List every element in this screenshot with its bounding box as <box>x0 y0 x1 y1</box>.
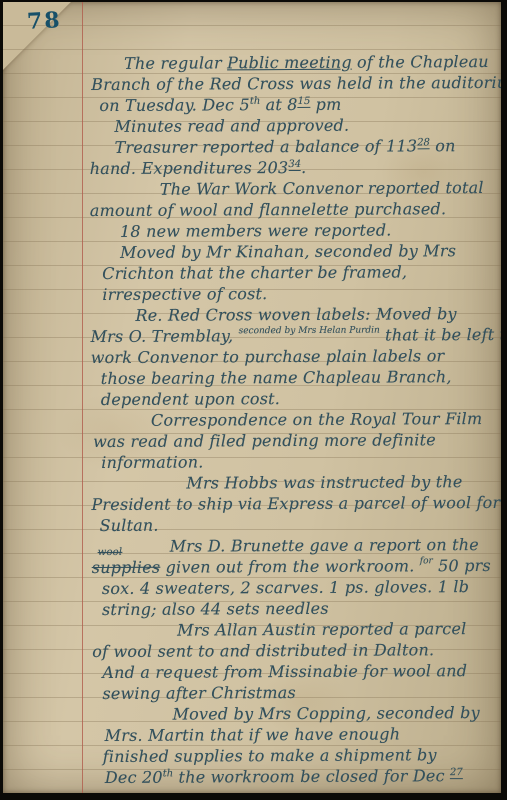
text-segment: Dec 20 <box>105 768 163 787</box>
text-segment: Correspondence on the Royal Tour Film <box>151 409 482 430</box>
text-segment: Moved by Mr Kinahan, seconded by Mrs <box>120 241 456 262</box>
text-segment: dependent upon cost. <box>101 389 280 409</box>
text-segment: 15 <box>298 96 311 108</box>
minutes-line: sewing after Christmas <box>92 681 496 704</box>
minutes-line: Branch of the Red Cross was held in the … <box>89 72 493 95</box>
minutes-line: hand. Expenditures 20334. <box>90 156 494 179</box>
text-segment: that it be left to the War <box>380 324 501 344</box>
text-segment: Public meeting <box>227 53 352 73</box>
minutes-line: work Convenor to purchase plain labels o… <box>91 345 495 368</box>
text-segment: hand. Expenditures 203 <box>90 158 289 178</box>
minutes-line: Re. Red Cross woven labels: Moved by <box>90 303 494 326</box>
text-segment: Mrs D. Brunette gave a report on the <box>170 535 479 556</box>
scanned-ledger-page: 78 The regular Public meeting of the Cha… <box>0 0 507 800</box>
text-segment: sox. 4 sweaters, 2 scarves. 1 ps. gloves… <box>102 577 469 598</box>
minutes-line: The regular Public meeting of the Chaple… <box>89 51 493 74</box>
minutes-line: Mrs O. Tremblay, seconded by Mrs Helan P… <box>91 324 495 347</box>
minutes-line: information. <box>91 450 495 473</box>
minutes-line: Minutes read and approved. <box>89 114 493 137</box>
text-segment: Mrs O. Tremblay, <box>91 326 239 346</box>
minutes-line: Mrs Allan Austin reported a parcel <box>92 618 496 641</box>
minutes-line: amount of wool and flannelette purchased… <box>90 198 494 221</box>
minutes-line: 18 new members were reported. <box>90 219 494 242</box>
text-segment: th <box>250 96 261 107</box>
minutes-line: Moved by Mr Kinahan, seconded by Mrs <box>90 240 494 263</box>
text-segment: Mrs Hobbs was instructed by the <box>186 472 462 492</box>
text-segment: Moved by Mrs Copping, seconded by <box>172 703 479 724</box>
text-segment: on Tuesday. Dec 5 <box>99 95 250 115</box>
ledger-paper: 78 The regular Public meeting of the Cha… <box>3 2 501 793</box>
minutes-line: Crichton that the charter be framed, <box>90 261 494 284</box>
minutes-line: those bearing the name Chapleau Branch, <box>91 366 495 389</box>
minutes-line: Sultan. <box>91 513 495 536</box>
text-segment: The regular <box>124 53 227 73</box>
minutes-line: Mrs D. Brunette gave a report on the <box>92 534 496 557</box>
text-segment: . <box>301 158 306 177</box>
text-segment: Minutes read and approved. <box>114 116 349 136</box>
text-segment: given out from the workroom. <box>160 556 420 576</box>
text-segment: President to ship via Express a parcel o… <box>91 493 500 514</box>
text-segment: The War Work Convenor reported total <box>160 178 484 199</box>
text-segment: Mrs Allan Austin reported a parcel <box>177 619 466 640</box>
text-segment: 28 <box>417 137 430 149</box>
minutes-line: woolsupplies given out from the workroom… <box>92 555 496 578</box>
minutes-line: And a request from Missinabie for wool a… <box>92 660 496 683</box>
page-number: 78 <box>26 7 62 35</box>
text-segment: on <box>430 136 456 155</box>
text-segment: the workroom be closed for Dec <box>173 766 450 786</box>
handwritten-minutes: The regular Public meeting of the Chaple… <box>89 51 497 788</box>
struck-word: supplies <box>92 558 161 577</box>
text-segment: Branch of the Red Cross was held in the … <box>91 73 501 94</box>
text-segment: irrespective of cost. <box>102 284 267 304</box>
text-segment: finished supplies to make a shipment by <box>103 745 437 766</box>
text-segment: 50 prs <box>433 556 491 575</box>
text-segment: Sultan. <box>100 516 159 535</box>
text-segment: 34 <box>288 159 301 171</box>
text-segment: Treasurer reported a balance of 113 <box>115 136 418 157</box>
minutes-line: Dec 20th the workroom be closed for Dec … <box>93 765 497 788</box>
text-segment: And a request from Missinabie for wool a… <box>102 661 467 682</box>
text-segment: of the Chapleau <box>352 52 489 72</box>
text-segment: 27 <box>450 767 463 779</box>
text-segment: string; also 44 sets needles <box>102 599 329 619</box>
minutes-line: Mrs. Martin that if we have enough <box>93 723 497 746</box>
minutes-line: string; also 44 sets needles <box>92 597 496 620</box>
minutes-line: Treasurer reported a balance of 11328 on <box>90 135 494 158</box>
minutes-line: sox. 4 sweaters, 2 scarves. 1 ps. gloves… <box>92 576 496 599</box>
text-segment: sewing after Christmas <box>102 683 296 703</box>
text-segment: those bearing the name Chapleau Branch, <box>101 367 452 388</box>
text-segment: work Convenor to purchase plain labels o… <box>91 346 445 367</box>
text-segment: seconded by Mrs Helan Purdin <box>239 326 380 337</box>
text-segment: pm <box>310 95 341 114</box>
minutes-line: President to ship via Express a parcel o… <box>91 492 495 515</box>
text-segment: amount of wool and flannelette purchased… <box>90 199 446 220</box>
text-segment: at 8 <box>260 95 297 114</box>
minutes-line: Moved by Mrs Copping, seconded by <box>92 702 496 725</box>
text-segment: for <box>420 556 433 566</box>
minutes-line: irrespective of cost. <box>90 282 494 305</box>
text-segment: of wool sent to and distributed in Dalto… <box>92 640 434 661</box>
text-segment: Mrs. Martin that if we have enough <box>105 724 401 745</box>
inserted-word: wool <box>98 548 123 558</box>
text-segment: 18 new members were reported. <box>120 220 392 240</box>
correction-stack: woolsupplies <box>92 557 161 578</box>
text-segment: th <box>163 768 174 779</box>
red-margin-line <box>82 2 83 793</box>
minutes-line: dependent upon cost. <box>91 387 495 410</box>
text-segment: was read and filed pending more definite <box>93 430 436 451</box>
minutes-line: on Tuesday. Dec 5th at 815 pm <box>89 93 493 116</box>
minutes-line: finished supplies to make a shipment by <box>93 744 497 767</box>
minutes-line: Mrs Hobbs was instructed by the <box>91 471 495 494</box>
minutes-line: of wool sent to and distributed in Dalto… <box>92 639 496 662</box>
minutes-line: was read and filed pending more definite <box>91 429 495 452</box>
minutes-line: The War Work Convenor reported total <box>90 177 494 200</box>
minutes-line: Correspondence on the Royal Tour Film <box>91 408 495 431</box>
text-segment: Re. Red Cross woven labels: Moved by <box>135 304 456 325</box>
text-segment: information. <box>101 452 203 472</box>
text-segment: Crichton that the charter be framed, <box>102 262 407 283</box>
